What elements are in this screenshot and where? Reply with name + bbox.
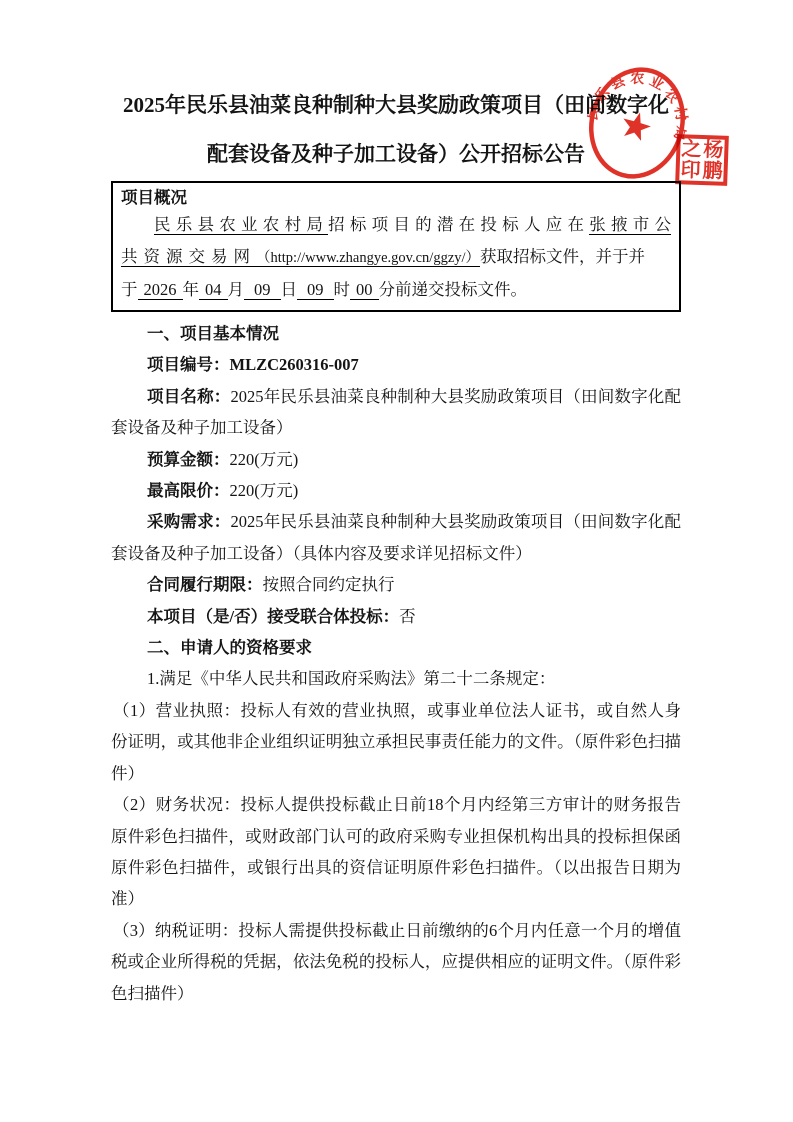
field-value: 按照合同约定执行 (263, 575, 395, 594)
overview-line3: 于2026年04月09日09时00分前递交投标文件。 (121, 274, 671, 306)
field-max-price: 最高限价：220(万元) (111, 475, 681, 506)
field-label: 项目编号： (147, 355, 230, 374)
star-icon (619, 108, 654, 142)
seal-char: 印 (680, 160, 701, 181)
platform-url: （http://www.zhangye.gov.cn/ggzy/） (256, 250, 480, 267)
overview-text: 于 (121, 280, 138, 299)
field-value: MLZC260316-007 (230, 355, 359, 374)
document-page: 2025年民乐县油菜良种制种大县奖励政策项目（田间数字化 配套设备及种子加工设备… (0, 0, 793, 1122)
section1-heading: 一、项目基本情况 (111, 318, 681, 349)
document-body: 一、项目基本情况 项目编号：MLZC260316-007 项目名称：2025年民… (111, 318, 681, 1009)
field-project-name: 项目名称：2025年民乐县油菜良种制种大县奖励政策项目（田间数字化配套设备及种子… (111, 381, 681, 444)
field-contract-period: 合同履行期限：按照合同约定执行 (111, 569, 681, 600)
personal-square-seal: 之 杨 印 鹏 (675, 134, 729, 186)
unit-month: 月 (228, 280, 245, 299)
unit-day: 日 (281, 280, 298, 299)
seal-char: 杨 (703, 140, 724, 161)
overview-line1: 民乐县农业农村局招标项目的潜在投标人应在张掖市公 (121, 209, 671, 241)
overview-heading: 项目概况 (121, 186, 671, 209)
field-value: 220(万元) (230, 450, 299, 469)
field-budget-amount: 预算金额：220(万元) (111, 444, 681, 475)
platform-name-part1: 张掖市公 (589, 215, 671, 235)
deadline-year: 2026 (138, 280, 183, 300)
field-label: 本项目（是/否）接受联合体投标： (147, 607, 399, 626)
deadline-minute: 00 (350, 280, 379, 300)
purchaser-name: 民乐县农业农村局 (154, 215, 328, 235)
deadline-month: 04 (199, 280, 228, 300)
field-project-number: 项目编号：MLZC260316-007 (111, 349, 681, 380)
deadline-day: 09 (244, 280, 281, 300)
section2-heading: 二、申请人的资格要求 (111, 632, 681, 663)
field-label: 项目名称： (147, 387, 231, 406)
overview-text: 获取招标文件，并于并 (480, 247, 645, 266)
deadline-hour: 09 (297, 280, 334, 300)
field-label: 采购需求： (147, 512, 231, 531)
clause-business-license: （1）营业执照：投标人有效的营业执照，或事业单位法人证书，或自然人身份证明，或其… (111, 695, 681, 789)
overview-line2: 共资源交易网（http://www.zhangye.gov.cn/ggzy/）获… (121, 241, 671, 274)
overview-text: 分前递交投标文件。 (379, 280, 528, 299)
clause-tax-certificate: （3）纳税证明：投标人需提供投标截止日前缴纳的6个月内任意一个月的增值税或企业所… (111, 915, 681, 1009)
section2-intro: 1.满足《中华人民共和国政府采购法》第二十二条规定： (111, 663, 681, 694)
overview-text: 招标项目的潜在投标人应在 (328, 215, 589, 234)
unit-year: 年 (183, 280, 200, 299)
seal-char: 之 (681, 139, 702, 160)
field-value: 否 (399, 607, 416, 626)
project-overview-box: 项目概况 民乐县农业农村局招标项目的潜在投标人应在张掖市公 共资源交易网（htt… (111, 181, 681, 312)
field-consortium-bidding: 本项目（是/否）接受联合体投标：否 (111, 601, 681, 632)
field-value: 220(万元) (230, 481, 299, 500)
platform-name-part2: 共资源交易网 (121, 247, 256, 267)
seal-char: 鹏 (702, 161, 723, 182)
unit-hour: 时 (334, 280, 351, 299)
clause-financial-status: （2）财务状况：投标人提供投标截止日前18个月内经第三方审计的财务报告原件彩色扫… (111, 789, 681, 915)
field-label: 最高限价： (147, 481, 230, 500)
field-procurement-demand: 采购需求：2025年民乐县油菜良种制种大县奖励政策项目（田间数字化配套设备及种子… (111, 506, 681, 569)
document-content: 2025年民乐县油菜良种制种大县奖励政策项目（田间数字化 配套设备及种子加工设备… (111, 81, 681, 1009)
field-label: 合同履行期限： (147, 575, 263, 594)
field-label: 预算金额： (147, 450, 230, 469)
